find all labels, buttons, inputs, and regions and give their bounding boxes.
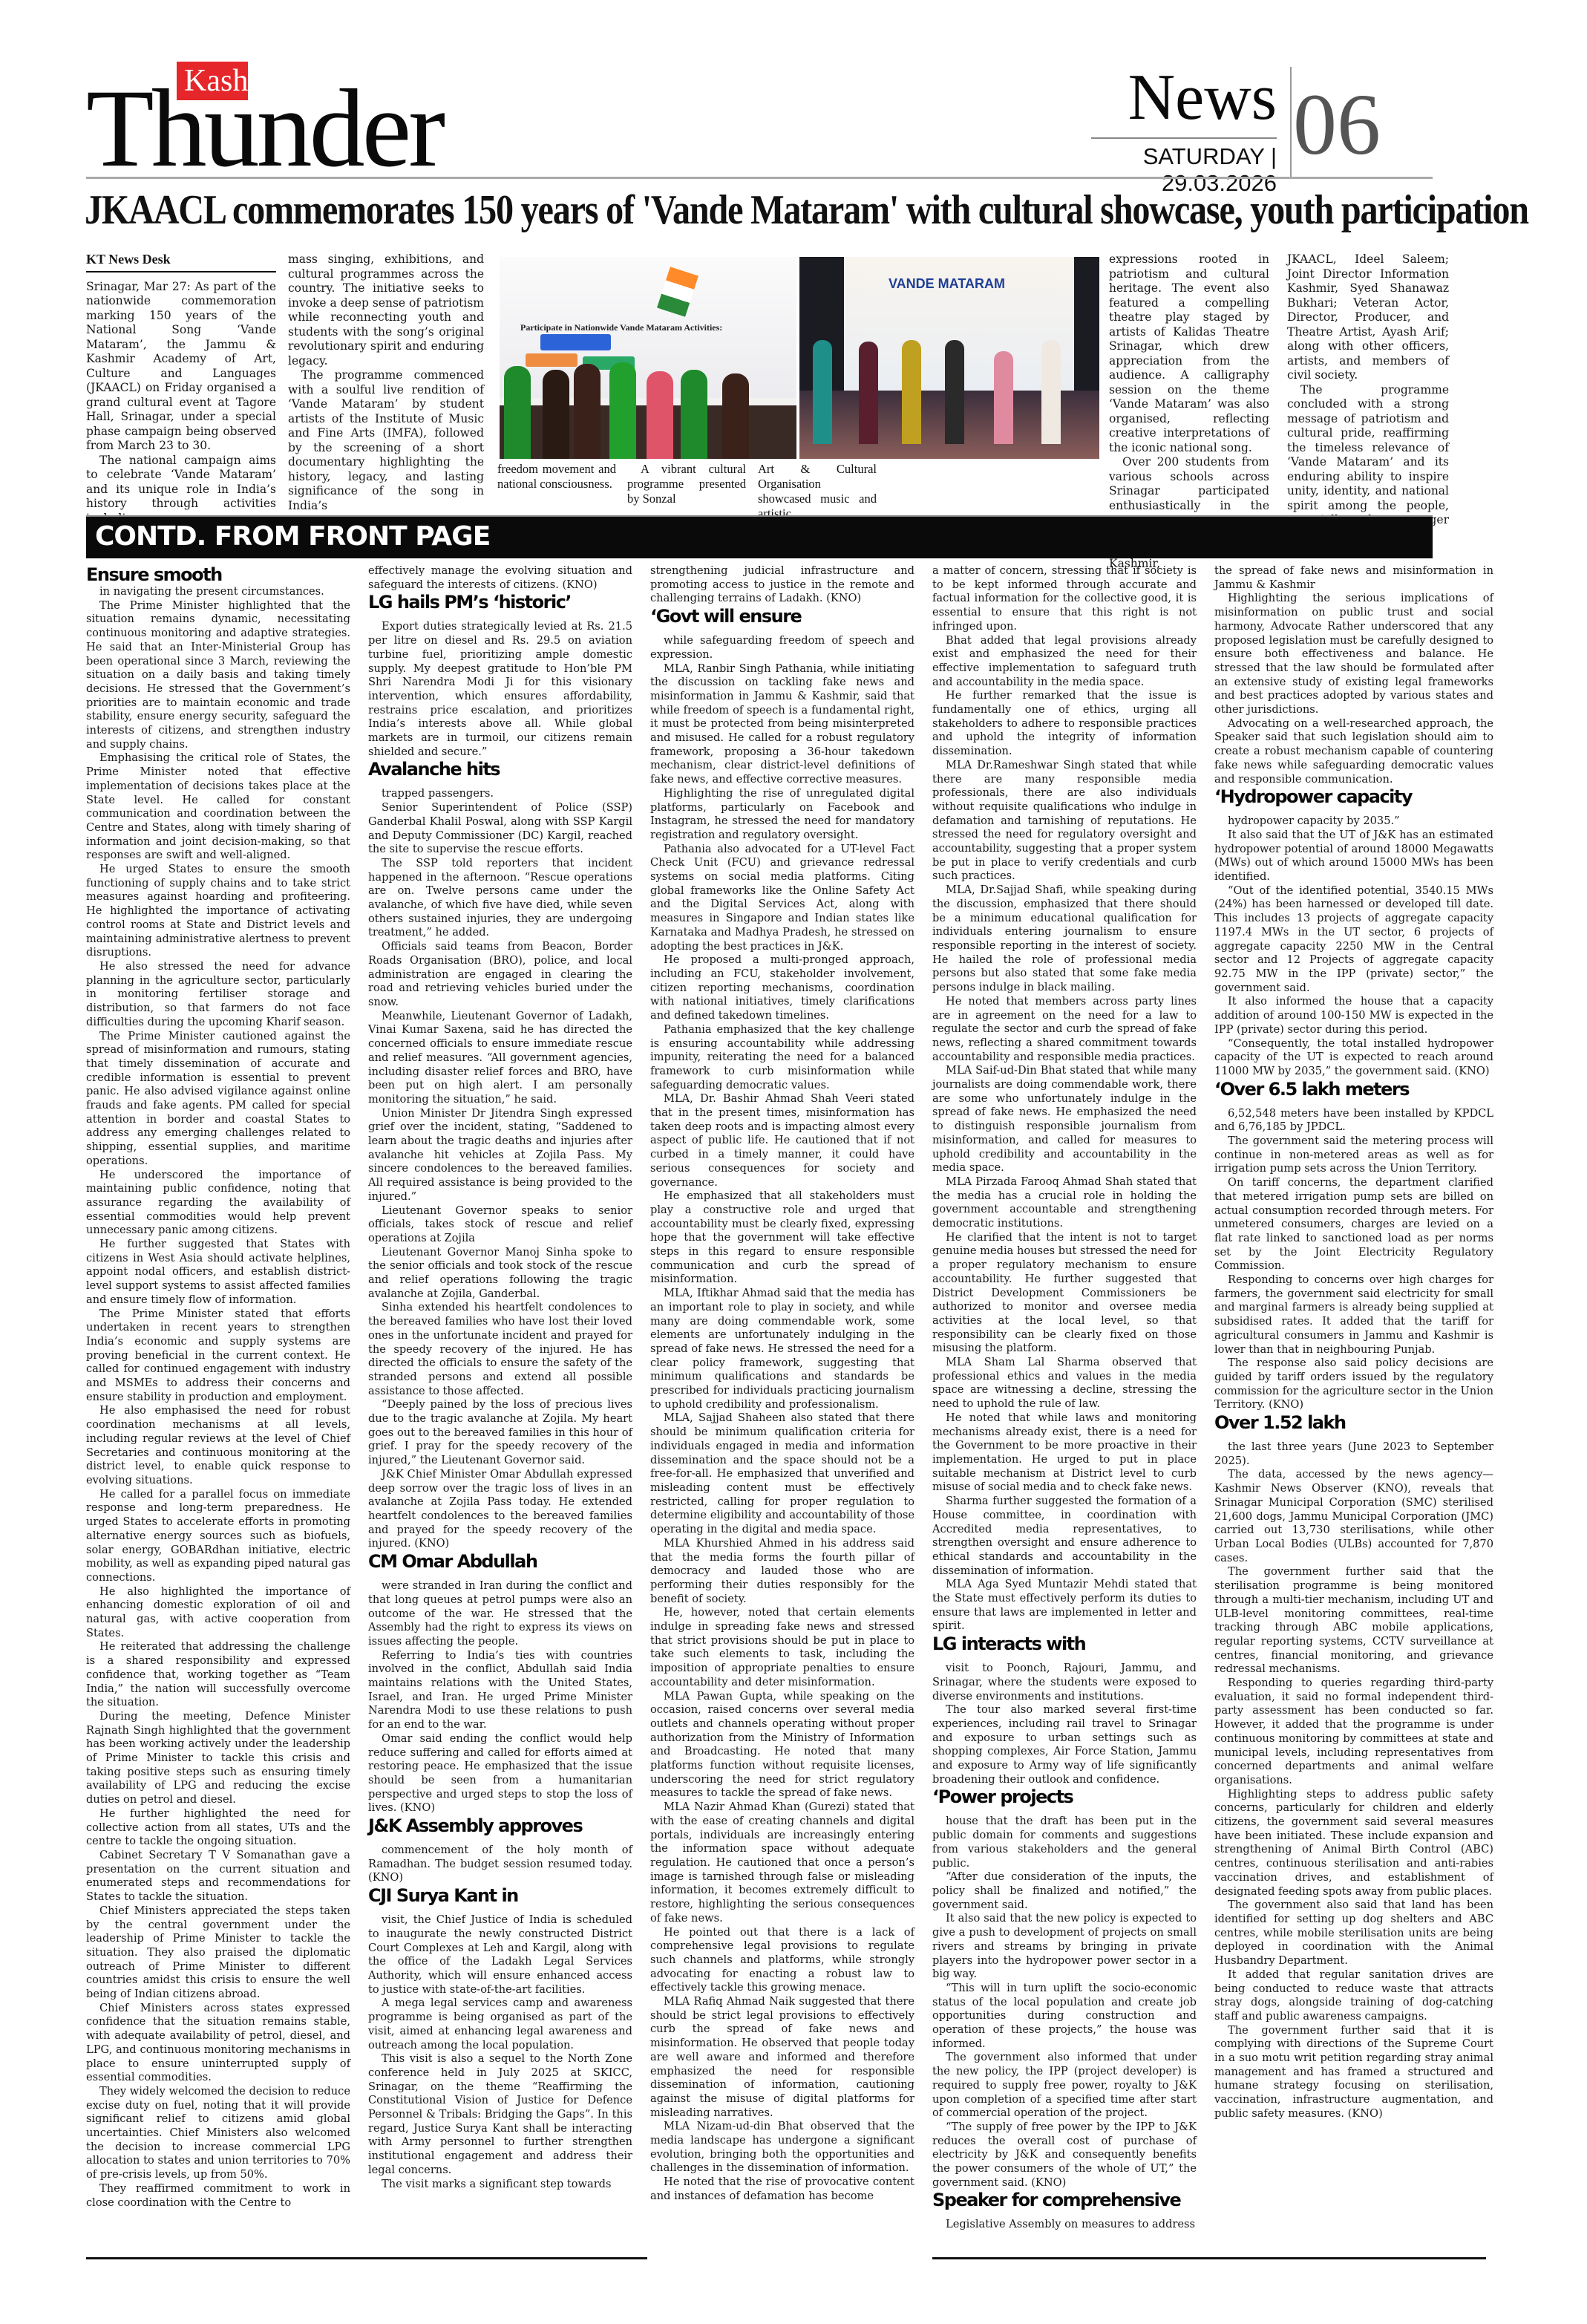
lead-paragraph: Srinagar, Mar 27: As part of the nationw… bbox=[86, 280, 276, 454]
article-paragraph: Referring to India’s ties with countries… bbox=[368, 1649, 632, 1732]
article-paragraph: Sinha extended his heartfelt condolences… bbox=[368, 1301, 632, 1398]
heading-spacer bbox=[368, 1572, 632, 1579]
masthead: Thunder Kashmir News SATURDAY | 29.03.20… bbox=[86, 59, 1433, 178]
article-paragraph: A mega legal services camp and awareness… bbox=[368, 1997, 632, 2052]
lead-photos: Participate in Nationwide Vande Mataram … bbox=[500, 257, 1099, 459]
story-heading: LG hails PM’s ‘historic’ bbox=[368, 592, 632, 613]
lead-paragraph: expressions rooted in patriotism and cul… bbox=[1109, 252, 1269, 455]
article-paragraph: He urged States to ensure the smooth fun… bbox=[86, 863, 350, 960]
article-paragraph: The SSP told reporters that incident hap… bbox=[368, 857, 632, 940]
article-paragraph: MLA, Dr.Sajjad Shafi, while speaking dur… bbox=[932, 884, 1197, 995]
heading-spacer bbox=[368, 613, 632, 620]
heading-spacer bbox=[650, 627, 914, 634]
article-paragraph: He called for a parallel focus on immedi… bbox=[86, 1488, 350, 1585]
article-paragraph: trapped passengers. bbox=[368, 787, 632, 801]
masthead-rule bbox=[86, 177, 1433, 179]
contd-col-2: effectively manage the evolving situatio… bbox=[368, 564, 632, 2191]
article-paragraph: During the meeting, Defence Minister Raj… bbox=[86, 1710, 350, 1807]
article-paragraph: effectively manage the evolving situatio… bbox=[368, 564, 632, 592]
article-paragraph: Responding to queries regarding third-pa… bbox=[1214, 1677, 1493, 1788]
story-heading: ‘Hydropower capacity bbox=[1214, 786, 1493, 807]
article-paragraph: MLA Nizam-ud-din Bhat observed that the … bbox=[650, 2120, 914, 2176]
lead-paragraph: JKAACL, Ideel Saleem; Joint Director Inf… bbox=[1287, 252, 1449, 383]
performer bbox=[647, 371, 673, 459]
article-paragraph: He, however, noted that certain elements… bbox=[650, 1606, 914, 1689]
heading-spacer bbox=[368, 1906, 632, 1913]
contd-col-4: a matter of concern, stressing that if s… bbox=[932, 564, 1197, 2232]
article-paragraph: The data, accessed by the news agency—Ka… bbox=[1214, 1468, 1493, 1565]
article-paragraph: He proposed a multi-pronged approach, in… bbox=[650, 953, 914, 1023]
article-paragraph: Officials said teams from Beacon, Border… bbox=[368, 940, 632, 1010]
article-paragraph: He further highlighted the need for coll… bbox=[86, 1807, 350, 1849]
section-title: News bbox=[1128, 68, 1277, 128]
performer bbox=[722, 373, 749, 459]
article-paragraph: Highlighting steps to address public saf… bbox=[1214, 1788, 1493, 1899]
article-paragraph: He further remarked that the issue is fu… bbox=[932, 689, 1197, 759]
article-paragraph: It also informed the house that a capaci… bbox=[1214, 995, 1493, 1037]
article-paragraph: On tariff concerns, the department clari… bbox=[1214, 1176, 1493, 1273]
article-paragraph: Pathania also advocated for a UT-level F… bbox=[650, 843, 914, 954]
article-paragraph: They widely welcomed the decision to red… bbox=[86, 2085, 350, 2182]
article-paragraph: They reaffirmed commitment to work in cl… bbox=[86, 2182, 350, 2210]
article-paragraph: “The supply of free power by the IPP to … bbox=[932, 2121, 1197, 2190]
article-paragraph: MLA, Sajjad Shaheen also stated that the… bbox=[650, 1411, 914, 1536]
heading-spacer bbox=[368, 1836, 632, 1844]
article-paragraph: He noted that the rise of provocative co… bbox=[650, 2176, 914, 2203]
article-paragraph: visit, the Chief Justice of India is sch… bbox=[368, 1913, 632, 1997]
article-paragraph: The government also informed that under … bbox=[932, 2051, 1197, 2121]
article-paragraph: hydropower capacity by 2035.” bbox=[1214, 815, 1493, 829]
article-paragraph: MLA Rafiq Ahmad Naik suggested that ther… bbox=[650, 1995, 914, 2120]
article-paragraph: the last three years (June 2023 to Septe… bbox=[1214, 1440, 1493, 1468]
article-paragraph: MLA Pawan Gupta, while speaking on the o… bbox=[650, 1690, 914, 1801]
story-heading: LG interacts with bbox=[932, 1633, 1197, 1654]
article-paragraph: Chief Ministers appreciated the steps ta… bbox=[86, 1904, 350, 2002]
article-paragraph: while safeguarding freedom of speech and… bbox=[650, 634, 914, 662]
story-heading: ‘Power projects bbox=[932, 1786, 1197, 1807]
article-paragraph: Meanwhile, Lieutenant Governor of Ladakh… bbox=[368, 1010, 632, 1107]
performer bbox=[504, 366, 531, 459]
story-heading: Over 1.52 lakh bbox=[1214, 1412, 1493, 1433]
article-paragraph: commencement of the holy month of Ramadh… bbox=[368, 1844, 632, 1885]
caption-fragment: A vibrant cultural programme presented b… bbox=[627, 462, 746, 506]
banner-label: CONTD. FROM FRONT PAGE bbox=[95, 521, 490, 552]
article-paragraph: Lieutenant Governor speaks to senior off… bbox=[368, 1204, 632, 1246]
lead-col-4: JKAACL, Ideel Saleem; Joint Director Inf… bbox=[1287, 252, 1449, 542]
caption-fragment: freedom movement and national consciousn… bbox=[497, 462, 616, 492]
article-paragraph: Sharma further suggested the formation o… bbox=[932, 1495, 1197, 1578]
article-paragraph: He noted that members across party lines… bbox=[932, 995, 1197, 1065]
article-paragraph: Omar said ending the conflict would help… bbox=[368, 1732, 632, 1815]
article-paragraph: The government further said that the ste… bbox=[1214, 1565, 1493, 1677]
performer bbox=[609, 362, 636, 459]
story-heading: Speaker for comprehensive bbox=[932, 2190, 1197, 2210]
article-paragraph: This visit is also a sequel to the North… bbox=[368, 2052, 632, 2177]
photo-cultural-dancers: Participate in Nationwide Vande Mataram … bbox=[500, 257, 796, 459]
performer bbox=[681, 370, 707, 459]
lead-paragraph: The programme commenced with a soulful l… bbox=[288, 368, 484, 513]
article-paragraph: Chief Ministers across states expressed … bbox=[86, 2002, 350, 2085]
story-heading: CJI Surya Kant in bbox=[368, 1885, 632, 1906]
contd-col-5: the spread of fake news and misinformati… bbox=[1214, 564, 1493, 2121]
article-paragraph: The Prime Minister highlighted that the … bbox=[86, 599, 350, 752]
article-paragraph: He pointed out that there is a lack of c… bbox=[650, 1926, 914, 1996]
story-heading: ‘Over 6.5 lakh meters bbox=[1214, 1079, 1493, 1100]
brand-logo-kashmir: Kashmir bbox=[177, 62, 248, 100]
article-paragraph: 6,52,548 meters have been installed by K… bbox=[1214, 1107, 1493, 1135]
screen-text: Participate in Nationwide Vande Mataram … bbox=[520, 322, 722, 333]
story-heading: CM Omar Abdullah bbox=[368, 1551, 632, 1572]
article-paragraph: house that the draft has been put in the… bbox=[932, 1815, 1197, 1870]
lead-col-2: mass singing, exhibitions, and cultural … bbox=[288, 252, 484, 513]
article-paragraph: Advocating on a well-researched approach… bbox=[1214, 717, 1493, 787]
article-paragraph: Lieutenant Governor Manoj Sinha spoke to… bbox=[368, 1246, 632, 1302]
article-paragraph: The visit marks a significant step towar… bbox=[368, 2178, 632, 2192]
story-heading: Ensure smooth bbox=[86, 564, 350, 585]
contd-col-1: Ensure smooth in navigating the present … bbox=[86, 564, 350, 2210]
article-paragraph: visit to Poonch, Rajouri, Jammu, and Sri… bbox=[932, 1662, 1197, 1703]
article-paragraph: “Out of the identified potential, 3540.1… bbox=[1214, 884, 1493, 996]
heading-spacer bbox=[932, 1654, 1197, 1662]
article-paragraph: The government said the metering process… bbox=[1214, 1135, 1493, 1176]
article-paragraph: He also emphasised the need for robust c… bbox=[86, 1404, 350, 1487]
screen-text: VANDE MATARAM bbox=[889, 276, 1005, 292]
performer bbox=[902, 340, 921, 444]
article-paragraph: He clarified that the intent is not to t… bbox=[932, 1231, 1197, 1356]
article-paragraph: The Prime Minister cautioned against the… bbox=[86, 1030, 350, 1169]
performer bbox=[945, 340, 964, 444]
heading-spacer bbox=[1214, 1100, 1493, 1107]
article-paragraph: Export duties strategically levied at Rs… bbox=[368, 620, 632, 759]
screen-graphic bbox=[526, 353, 577, 367]
article-paragraph: Legislative Assembly on measures to addr… bbox=[932, 2218, 1197, 2232]
article-paragraph: in navigating the present circumstances. bbox=[86, 585, 350, 599]
article-paragraph: strengthening judicial infrastructure an… bbox=[650, 564, 914, 606]
performer bbox=[543, 370, 569, 459]
article-paragraph: It also said that the new policy is expe… bbox=[932, 1912, 1197, 1982]
heading-spacer bbox=[368, 780, 632, 787]
performer bbox=[859, 342, 878, 444]
article-paragraph: The response also said policy decisions … bbox=[1214, 1357, 1493, 1412]
article-paragraph: “After due consideration of the inputs, … bbox=[932, 1870, 1197, 1912]
article-paragraph: Bhat added that legal provisions already… bbox=[932, 634, 1197, 690]
story-heading: Avalanche hits bbox=[368, 759, 632, 780]
article-paragraph: He emphasized that all stakeholders must… bbox=[650, 1189, 914, 1287]
article-paragraph: MLA Nazir Ahmad Khan (Gurezi) stated tha… bbox=[650, 1801, 914, 1925]
heading-spacer bbox=[932, 1807, 1197, 1815]
article-paragraph: MLA Khurshied Ahmed in his address said … bbox=[650, 1537, 914, 1607]
story-heading: ‘Govt will ensure bbox=[650, 606, 914, 627]
article-paragraph: He also highlighted the importance of en… bbox=[86, 1585, 350, 1641]
article-paragraph: a matter of concern, stressing that if s… bbox=[932, 564, 1197, 634]
article-paragraph: He underscored the importance of maintai… bbox=[86, 1169, 350, 1238]
article-paragraph: Cabinet Secretary T V Somanathan gave a … bbox=[86, 1849, 350, 1904]
footer-rule bbox=[932, 2257, 1486, 2259]
heading-spacer bbox=[932, 2210, 1197, 2218]
article-paragraph: It added that regular sanitation drives … bbox=[1214, 1968, 1493, 2024]
performer bbox=[574, 364, 601, 459]
page-number: 06 bbox=[1293, 84, 1381, 166]
screen-graphic bbox=[540, 334, 611, 350]
article-paragraph: Emphasising the critical role of States,… bbox=[86, 751, 350, 863]
article-paragraph: The Prime Minister stated that efforts u… bbox=[86, 1308, 350, 1405]
footer-rule bbox=[86, 2257, 647, 2259]
article-paragraph: MLA, Iftikhar Ahmad said that the media … bbox=[650, 1287, 914, 1411]
article-paragraph: He also stressed the need for advance pl… bbox=[86, 960, 350, 1030]
article-paragraph: He further suggested that States with ci… bbox=[86, 1238, 350, 1308]
article-paragraph: The tour also marked several first-time … bbox=[932, 1703, 1197, 1786]
heading-spacer bbox=[1214, 1433, 1493, 1440]
byline: KT News Desk bbox=[86, 252, 276, 272]
article-paragraph: the spread of fake news and misinformati… bbox=[1214, 564, 1493, 592]
article-paragraph: “Deeply pained by the loss of precious l… bbox=[368, 1398, 632, 1468]
article-paragraph: were stranded in Iran during the conflic… bbox=[368, 1579, 632, 1649]
article-paragraph: MLA Pirzada Farooq Ahmad Shah stated tha… bbox=[932, 1175, 1197, 1231]
article-paragraph: MLA Dr.Rameshwar Singh stated that while… bbox=[932, 759, 1197, 884]
story-heading: J&K Assembly approves bbox=[368, 1815, 632, 1836]
article-paragraph: Responding to concerns over high charges… bbox=[1214, 1273, 1493, 1357]
lead-headline: JKAACL commemorates 150 years of 'Vande … bbox=[85, 184, 1253, 236]
lead-col-1: KT News Desk Srinagar, Mar 27: As part o… bbox=[86, 252, 276, 526]
performer bbox=[1041, 340, 1061, 444]
caption-fragment: Art & Cultural Organisation showcased mu… bbox=[758, 462, 877, 521]
article-paragraph: MLA Sham Lal Sharma observed that profes… bbox=[932, 1356, 1197, 1411]
contd-col-3: strengthening judicial infrastructure an… bbox=[650, 564, 914, 2204]
article-paragraph: “This will in turn uplift the socio-econ… bbox=[932, 1982, 1197, 2052]
article-paragraph: Senior Superintendent of Police (SSP) Ga… bbox=[368, 801, 632, 857]
performer bbox=[813, 340, 832, 444]
article-paragraph: MLA, Ranbir Singh Pathania, while initia… bbox=[650, 662, 914, 787]
article-paragraph: He noted that while laws and monitoring … bbox=[932, 1411, 1197, 1495]
article-paragraph: MLA Aga Syed Muntazir Mehdi stated that … bbox=[932, 1578, 1197, 1633]
article-paragraph: J&K Chief Minister Omar Abdullah express… bbox=[368, 1468, 632, 1551]
article-paragraph: Highlighting the rise of unregulated dig… bbox=[650, 787, 914, 843]
article-paragraph: It also said that the UT of J&K has an e… bbox=[1214, 829, 1493, 884]
article-paragraph: “Consequently, the total installed hydro… bbox=[1214, 1037, 1493, 1079]
lead-paragraph: mass singing, exhibitions, and cultural … bbox=[288, 252, 484, 368]
article-paragraph: MLA Saif-ud-Din Bhat stated that while m… bbox=[932, 1064, 1197, 1175]
performer bbox=[994, 351, 1013, 444]
article-paragraph: Union Minister Dr Jitendra Singh express… bbox=[368, 1107, 632, 1204]
masthead-divider bbox=[1290, 67, 1292, 178]
article-paragraph: Pathania emphasized that the key challen… bbox=[650, 1023, 914, 1093]
article-paragraph: The government further said that it is c… bbox=[1214, 2024, 1493, 2121]
contd-from-front-page-banner: CONTD. FROM FRONT PAGE bbox=[86, 515, 1433, 558]
photo-singers-stage: VANDE MATARAM bbox=[799, 257, 1099, 459]
article-paragraph: MLA, Dr. Bashir Ahmad Shah Veeri stated … bbox=[650, 1092, 914, 1189]
article-paragraph: Highlighting the serious implications of… bbox=[1214, 592, 1493, 717]
heading-spacer bbox=[1214, 807, 1493, 815]
article-paragraph: The government also said that land has b… bbox=[1214, 1899, 1493, 1968]
article-paragraph: He reiterated that addressing the challe… bbox=[86, 1640, 350, 1710]
